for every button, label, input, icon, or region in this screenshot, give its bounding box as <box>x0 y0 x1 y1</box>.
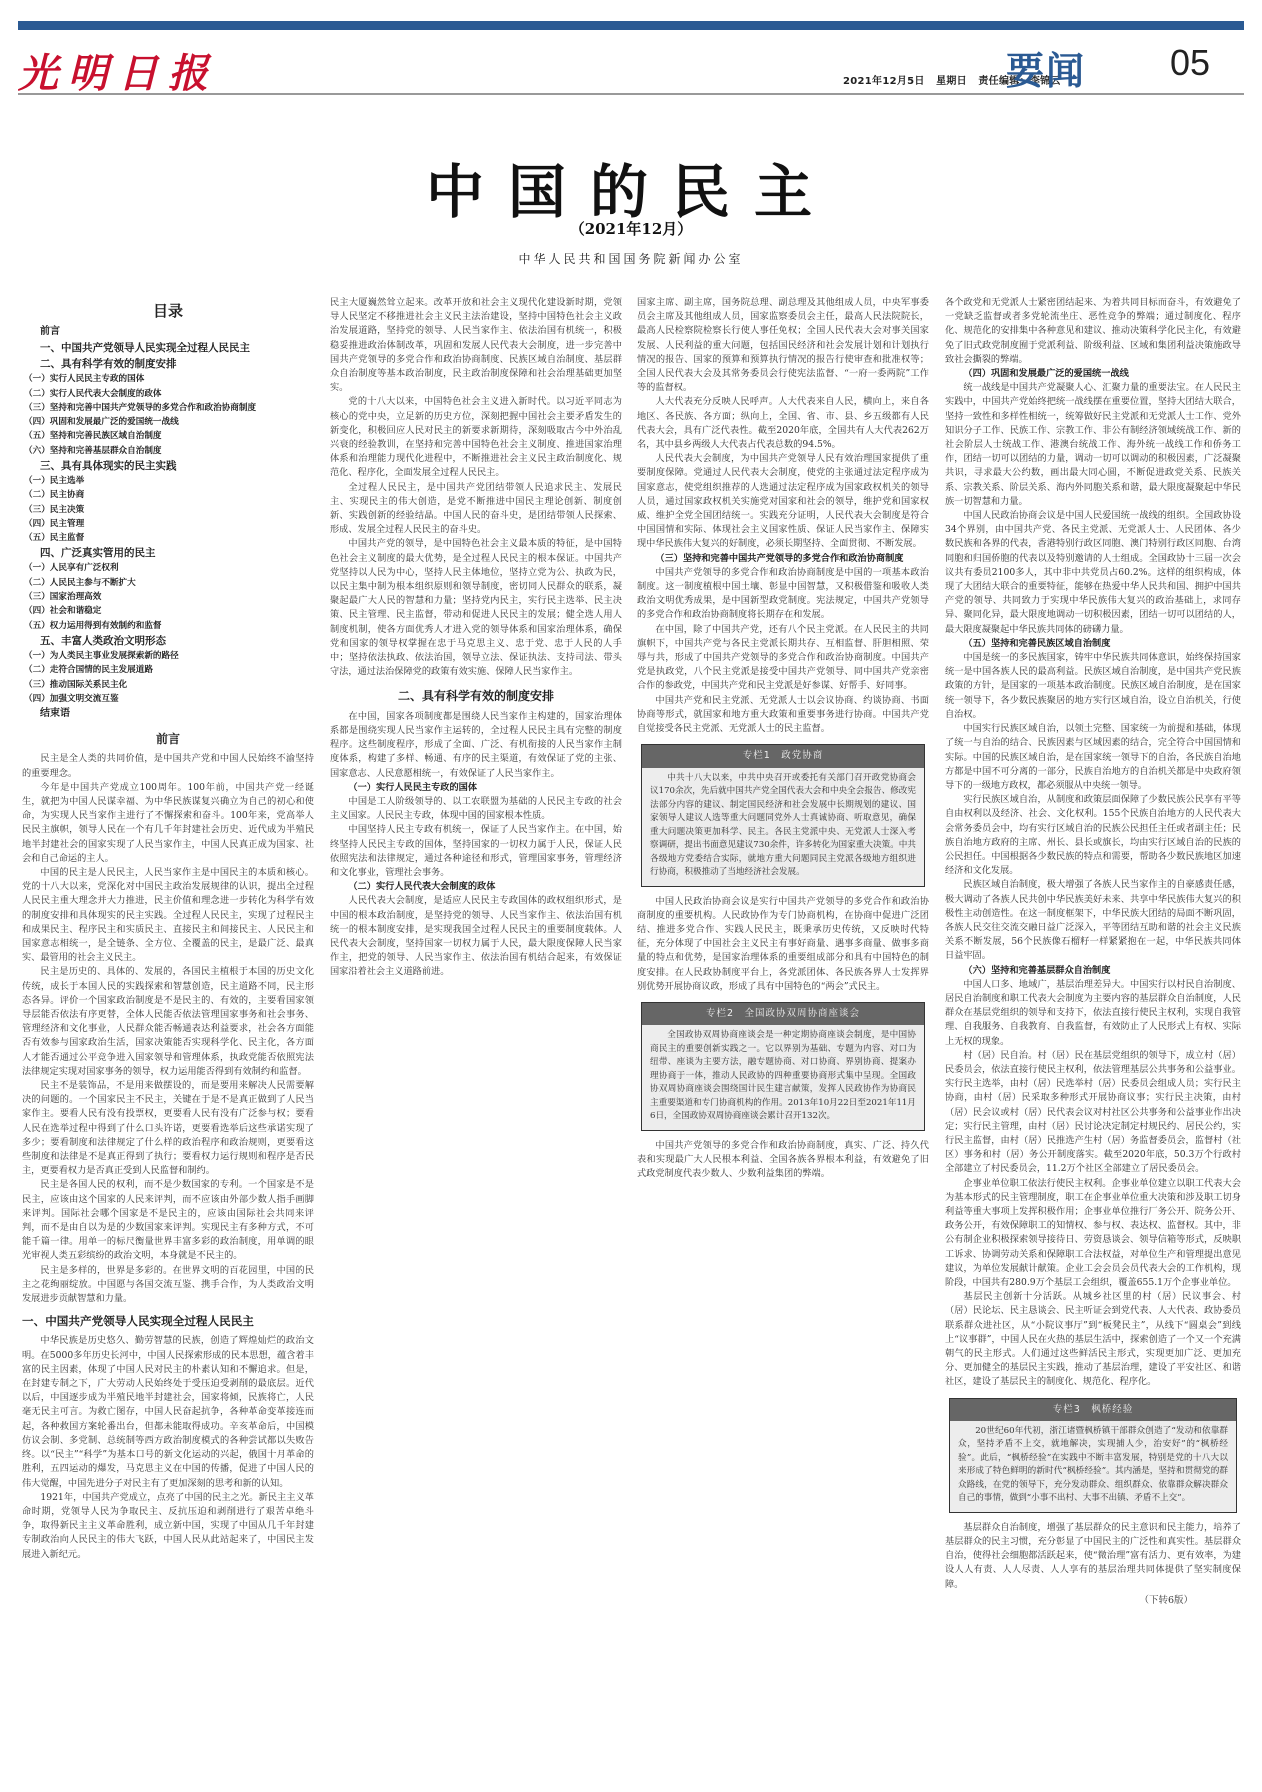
paragraph: 中国共产党领导的多党合作和政治协商制度是中国的一项基本政治制度。这一制度植根中国… <box>637 566 929 623</box>
paragraph: 中华民族是历史悠久、勤劳智慧的民族，创造了辉煌灿烂的政治文明。在5000多年历史… <box>22 1334 314 1490</box>
sidebar-box-title: 专栏3 枫桥经验 <box>950 1399 1236 1421</box>
sidebar-box-text: 中共十八大以来，中共中央召开或委托有关部门召开政党协商会议170余次，先后就中国… <box>642 768 924 886</box>
paragraph: 村（居）民自治。村（居）民在基层党组织的领导下，成立村（居）民委员会，依法直接行… <box>945 1049 1241 1177</box>
paragraph: 实行民族区域自治，从制度和政策层面保障了少数民族公民享有平等自由权利以及经济、社… <box>945 793 1241 878</box>
paragraph: 人民代表大会制度，是适应人民民主专政国体的政权组织形式，是中国的根本政治制度，是… <box>330 894 622 979</box>
paragraph: 民主是多样的，世界是多彩的。在世界文明的百花园里，中国的民主之花绚丽绽放。中国愿… <box>22 1264 314 1307</box>
toc-item: （五）坚持和完善民族区域自治制度 <box>22 429 314 443</box>
continued-on-page: （下转6版） <box>945 1594 1241 1608</box>
header-top-bar <box>18 21 1244 30</box>
subsection-heading: （一）实行人民民主专政的国体 <box>330 781 622 795</box>
toc-item: （三）国家治理高效 <box>22 590 314 604</box>
paragraph: 中国是工人阶级领导的、以工农联盟为基础的人民民主专政的社会主义国家。人民民主专政… <box>330 795 622 823</box>
subsection-heading: （五）坚持和完善民族区域自治制度 <box>945 637 1241 651</box>
article-issuer: 中华人民共和国国务院新闻办公室 <box>0 250 1262 267</box>
paragraph: 基层民主创新十分活跃。从城乡社区里的村（居）民议事会、村（居）民论坛、民主恳谈会… <box>945 1290 1241 1389</box>
paragraph: 中国人民政治协商会议是中国人民爱国统一战线的组织。全国政协设34个界别，由中国共… <box>945 509 1241 637</box>
paragraph: 中国的民主是人民民主，人民当家作主是中国民主的本质和核心。党的十八大以来，党深化… <box>22 866 314 965</box>
paragraph: 全过程人民民主，是中国共产党团结带领人民追求民主、发展民主、实现民主的伟大创造，… <box>330 481 622 538</box>
column-3: 国家主席、副主席，国务院总理、副总理及其他组成人员，中央军事委员会主席及其他组成… <box>637 296 929 1181</box>
paragraph: 今年是中国共产党成立100周年。100年前，中国共产党一经诞生，就把为中国人民谋… <box>22 781 314 866</box>
toc-item: （四）社会和谐稳定 <box>22 604 314 618</box>
article-subtitle: （2021年12月） <box>0 218 1262 239</box>
subsection-heading: （四）巩固和发展最广泛的爱国统一战线 <box>945 367 1241 381</box>
paragraph: 中国人口多、地域广，基层治理差异大。中国实行以村民自治制度、居民自治制度和职工代… <box>945 978 1241 1049</box>
sidebar-box-title: 专栏2 全国政协双周协商座谈会 <box>642 1003 924 1025</box>
subsection-heading: （六）坚持和完善基层群众自治制度 <box>945 964 1241 978</box>
toc-item: （三）民主决策 <box>22 503 314 517</box>
paragraph: 人民代表大会制度，为中国共产党领导人民有效治理国家提供了重要制度保障。党通过人民… <box>637 452 929 551</box>
sidebar-box-1: 专栏1 政党协商 中共十八大以来，中共中央召开或委托有关部门召开政党协商会议17… <box>641 744 925 886</box>
paragraph: 民主大厦巍然耸立起来。改革开放和社会主义现代化建设新时期，党领导人民坚定不移推进… <box>330 296 622 395</box>
article-title: 中国的民主 <box>0 145 1262 229</box>
issue-weekday: 星期日 <box>936 76 967 87</box>
paragraph: 各个政党和无党派人士紧密团结起来、为着共同目标而奋斗，有效避免了一党缺乏监督或者… <box>945 296 1241 367</box>
sidebar-box-text: 全国政协双周协商座谈会是一种定期协商座谈会制度，是中国协商民主的重要创新实践之一… <box>642 1025 924 1130</box>
toc-item: （四）加强文明交流互鉴 <box>22 692 314 706</box>
paragraph: 中国共产党的领导，是中国特色社会主义最本质的特征，是中国特色社会主义制度的最大优… <box>330 537 622 679</box>
section-name: 要闻 <box>1006 40 1086 95</box>
paragraph: 民主是历史的、具体的、发展的，各国民主植根于本国的历史文化传统，成长于本国人民的… <box>22 965 314 1079</box>
header-divider <box>18 93 1244 95</box>
toc-item: （四）巩固和发展最广泛的爱国统一战线 <box>22 415 314 429</box>
toc-item: （二）民主协商 <box>22 488 314 502</box>
preface-title: 前言 <box>22 732 314 746</box>
toc-item: （二）走符合国情的民主发展道路 <box>22 663 314 677</box>
toc-title: 目录 <box>22 304 314 318</box>
newspaper-masthead-logo: 光明日报 <box>18 42 218 99</box>
paragraph: 在中国，国家各项制度都是围绕人民当家作主构建的，国家治理体系都是围绕实现人民当家… <box>330 710 622 781</box>
paragraph: 在中国，除了中国共产党，还有八个民主党派。在人民民主的共同旗帜下，中国共产党与各… <box>637 623 929 694</box>
issue-date: 2021年12月5日 <box>843 76 925 87</box>
toc-item: （一）人民享有广泛权利 <box>22 561 314 575</box>
toc-item: 三、具有具体现实的民主实践 <box>22 458 314 474</box>
sidebar-box-3: 专栏3 枫桥经验 20世纪60年代初，浙江诸暨枫桥镇干部群众创造了“发动和依靠群… <box>949 1398 1237 1513</box>
paragraph: 国家主席、副主席，国务院总理、副总理及其他组成人员，中央军事委员会主席及其他组成… <box>637 296 929 395</box>
toc-item: 五、丰富人类政治文明形态 <box>22 633 314 649</box>
paragraph: 中国坚持人民主专政有机统一，保证了人民当家作主。在中国，始终坚持人民民主专政的国… <box>330 823 622 880</box>
toc-item: （一）民主选举 <box>22 474 314 488</box>
column-1: 目录 前言一、中国共产党领导人民实现全过程人民民主二、具有科学有效的制度安排（一… <box>22 296 314 1562</box>
toc-item: （二）人民民主参与不断扩大 <box>22 576 314 590</box>
toc-item: （六）坚持和完善基层群众自治制度 <box>22 444 314 458</box>
paragraph: 中国共产党和民主党派、无党派人士以会议协商、约谈协商、书面协商等形式，就国家和地… <box>637 694 929 737</box>
paragraph: 中国共产党领导的多党合作和政治协商制度，真实、广泛、持久代表和实现最广大人民根本… <box>637 1139 929 1182</box>
toc-item: 一、中国共产党领导人民实现全过程人民民主 <box>22 340 314 356</box>
toc-item: 二、具有科学有效的制度安排 <box>22 356 314 372</box>
toc-item: （三）坚持和完善中国共产党领导的多党合作和政治协商制度 <box>22 401 314 415</box>
sidebar-box-title: 专栏1 政党协商 <box>642 745 924 767</box>
toc-item: 前言 <box>22 324 314 340</box>
toc-item: （一）为人类民主事业发展探索新的路径 <box>22 649 314 663</box>
paragraph: 民族区域自治制度，极大增强了各族人民当家作主的自豪感责任感，极大调动了各族人民共… <box>945 878 1241 963</box>
column-4: 各个政党和无党派人士紧密团结起来、为着共同目标而奋斗，有效避免了一党缺乏监督或者… <box>945 296 1241 1608</box>
paragraph: 民主不是装饰品，不是用来做摆设的，而是要用来解决人民需要解决的问题的。一个国家民… <box>22 1079 314 1178</box>
paragraph: 民主是全人类的共同价值，是中国共产党和中国人民始终不渝坚持的重要理念。 <box>22 752 314 780</box>
paragraph: 统一战线是中国共产党凝聚人心、汇聚力量的重要法宝。在人民民主实践中，中国共产党始… <box>945 381 1241 509</box>
paragraph: 企事业单位职工依法行使民主权利。企事业单位建立以职工代表大会为基本形式的民主管理… <box>945 1177 1241 1291</box>
paragraph: 中国是统一的多民族国家，铸牢中华民族共同体意识，始终保持国家统一是中国各族人民的… <box>945 651 1241 722</box>
subsection-heading: （二）实行人民代表大会制度的政体 <box>330 880 622 894</box>
paragraph: 基层群众自治制度，增强了基层群众的民主意识和民主能力，培养了基层群众的民主习惯，… <box>945 1521 1241 1592</box>
section-2-heading: 二、具有科学有效的制度安排 <box>330 689 622 703</box>
paragraph: 中国实行民族区域自治，以领土完整、国家统一为前提和基础，体现了统一与自治的结合、… <box>945 722 1241 793</box>
paragraph: 党的十八大以来，中国特色社会主义进入新时代。以习近平同志为核心的党中央，立足新的… <box>330 395 622 480</box>
toc-item: （一）实行人民民主专政的国体 <box>22 372 314 386</box>
page-number: 05 <box>1170 42 1210 84</box>
toc-item: 四、广泛真实管用的民主 <box>22 545 314 561</box>
table-of-contents: 前言一、中国共产党领导人民实现全过程人民民主二、具有科学有效的制度安排（一）实行… <box>22 324 314 722</box>
toc-item: （三）推动国际关系民主化 <box>22 678 314 692</box>
subsection-heading: （三）坚持和完善中国共产党领导的多党合作和政治协商制度 <box>637 552 929 566</box>
paragraph: 1921年，中国共产党成立，点亮了中国的民主之光。新民主主义革命时期，党领导人民… <box>22 1491 314 1562</box>
toc-item: （四）民主管理 <box>22 517 314 531</box>
sidebar-box-text: 20世纪60年代初，浙江诸暨枫桥镇干部群众创造了“发动和依靠群众，坚持矛盾不上交… <box>950 1421 1236 1512</box>
section-1-heading: 一、中国共产党领导人民实现全过程人民民主 <box>22 1314 314 1328</box>
paragraph: 民主是各国人民的权利，而不是少数国家的专利。一个国家是不是民主，应该由这个国家的… <box>22 1178 314 1263</box>
paragraph: 中国人民政治协商会议是实行中国共产党领导的多党合作和政治协商制度的重要机构。人民… <box>637 895 929 994</box>
toc-item: （二）实行人民代表大会制度的政体 <box>22 387 314 401</box>
toc-item: 结束语 <box>22 706 314 722</box>
paragraph: 人大代表充分反映人民呼声。人大代表来自人民，横向上，来自各地区、各民族、各方面；… <box>637 395 929 452</box>
toc-item: （五）民主监督 <box>22 531 314 545</box>
column-2: 民主大厦巍然耸立起来。改革开放和社会主义现代化建设新时期，党领导人民坚定不移推进… <box>330 296 622 980</box>
sidebar-box-2: 专栏2 全国政协双周协商座谈会 全国政协双周协商座谈会是一种定期协商座谈会制度，… <box>641 1002 925 1131</box>
toc-item: （五）权力运用得到有效制约和监督 <box>22 619 314 633</box>
